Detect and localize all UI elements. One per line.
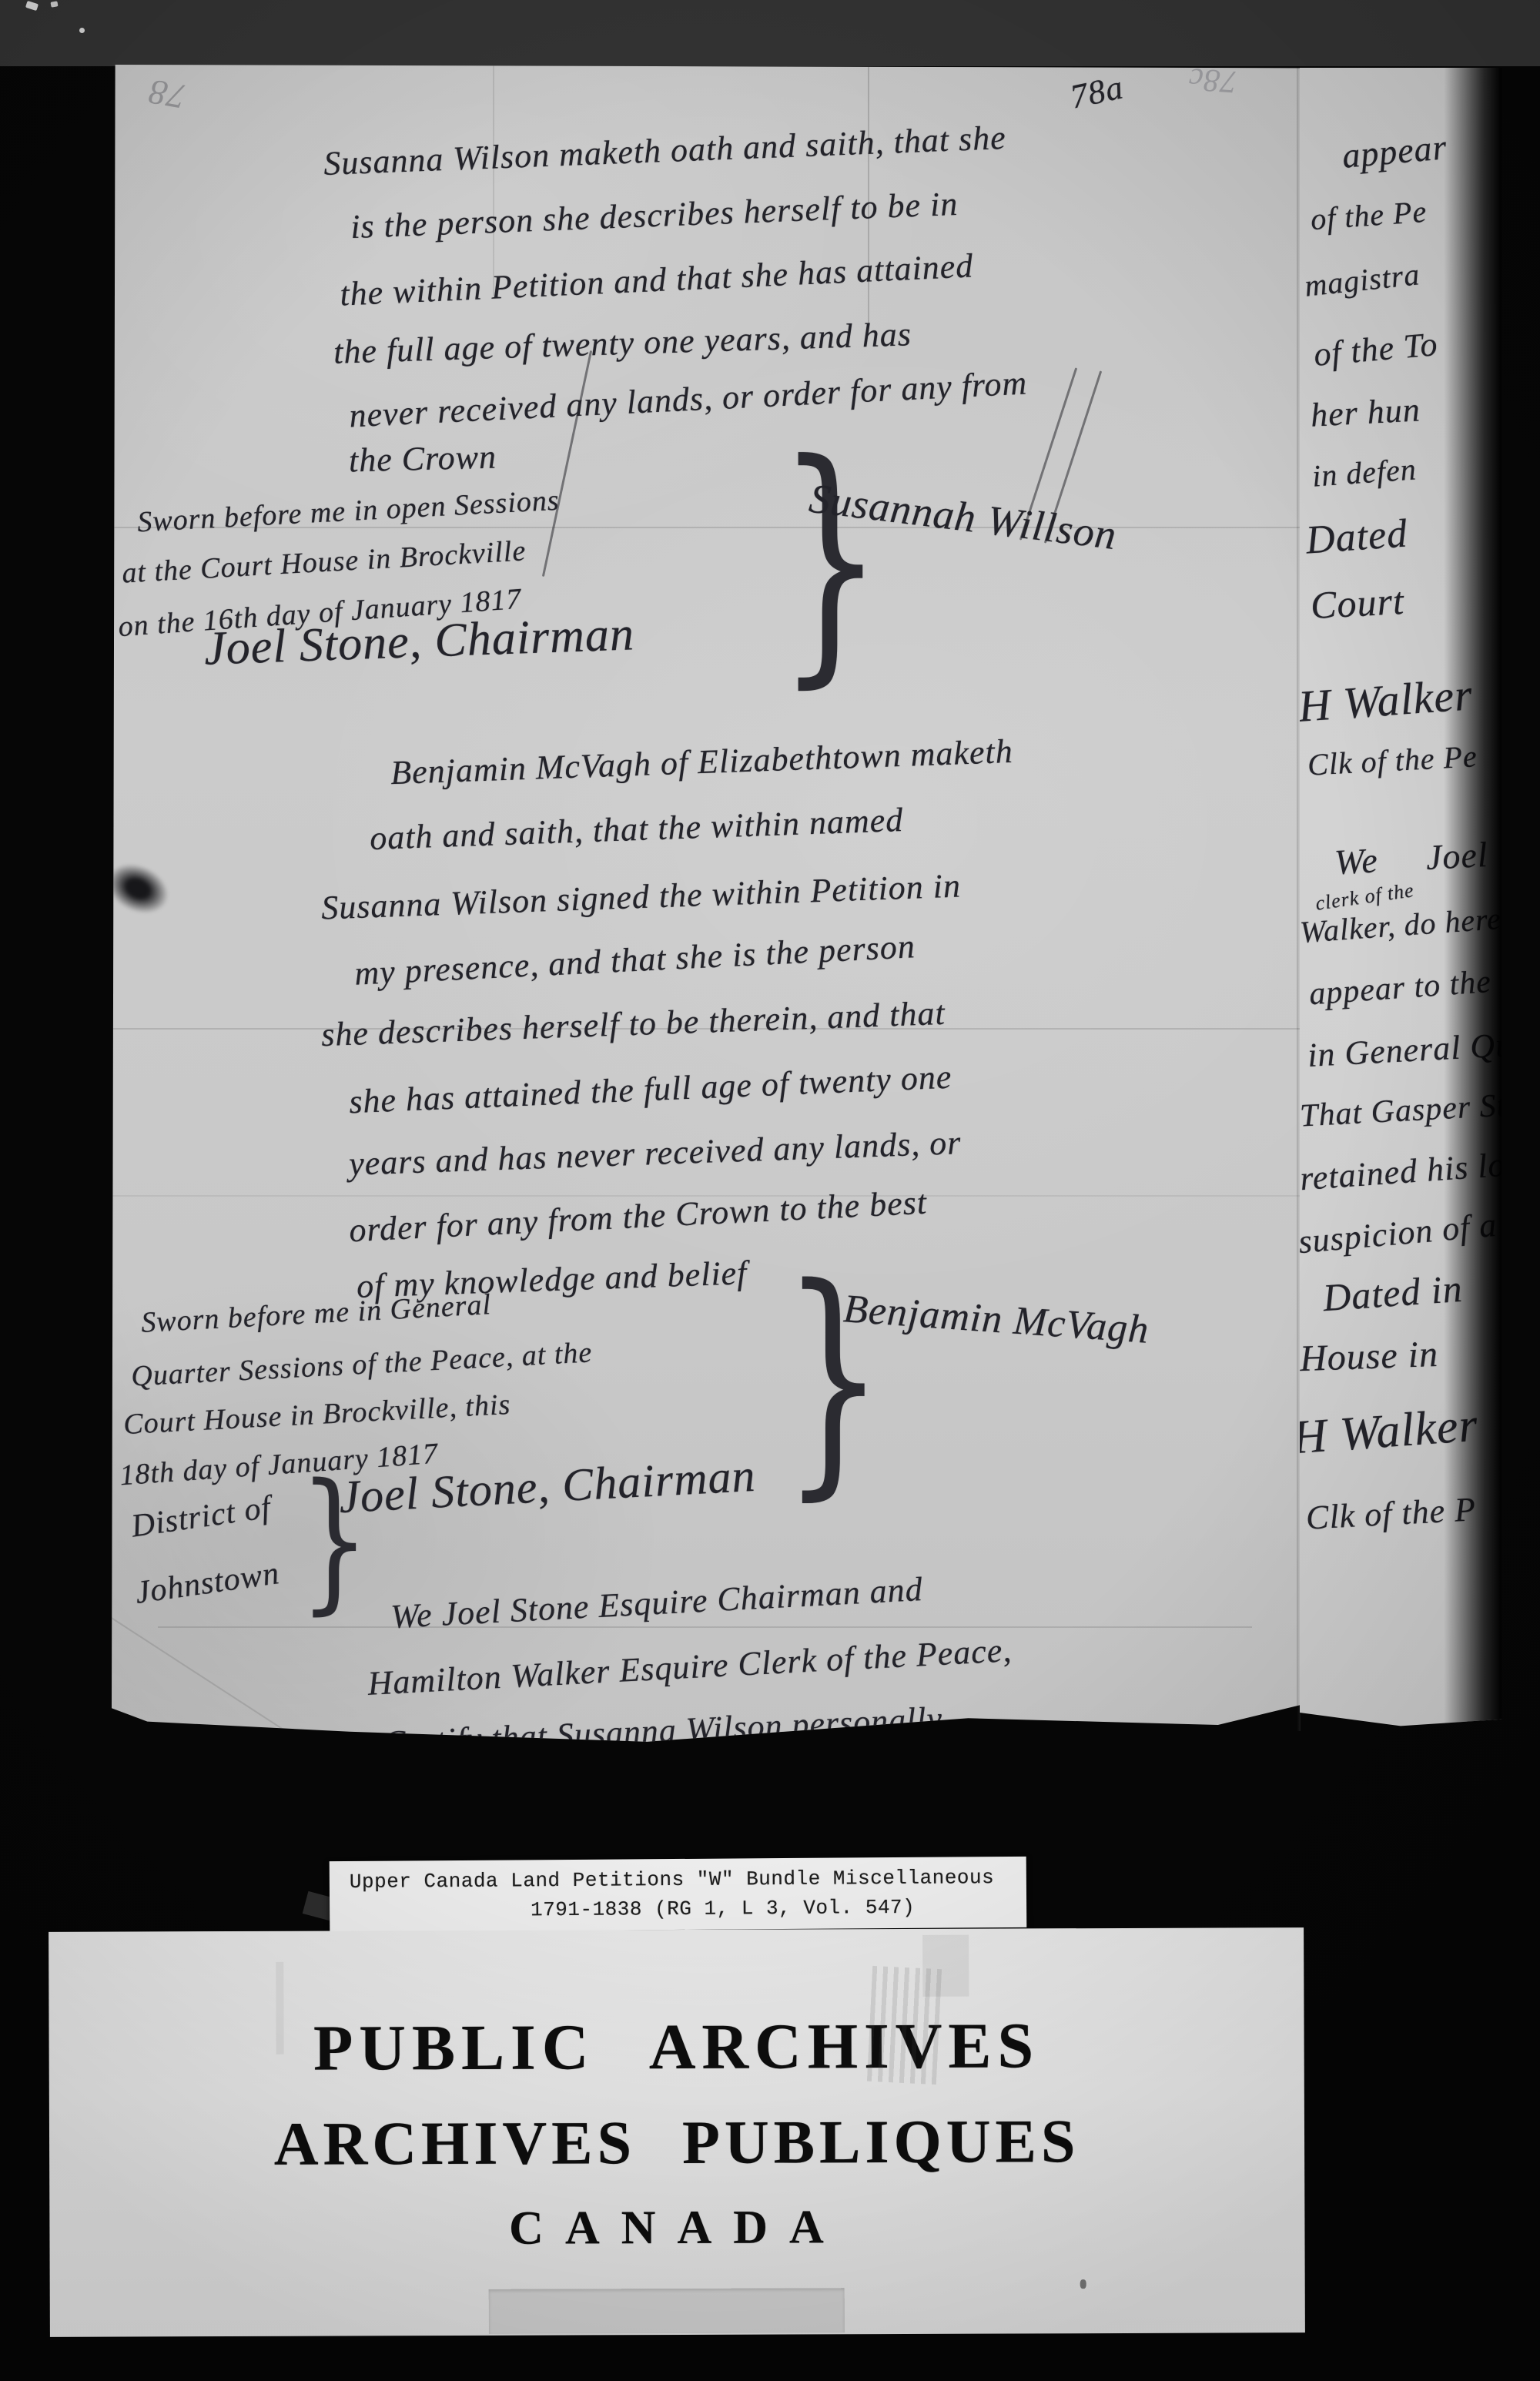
card-tab — [489, 2288, 845, 2334]
handwritten-line: she describes herself to be therein, and… — [320, 993, 946, 1054]
jurat-line: Sworn before me in open Sessions — [136, 484, 560, 540]
handwritten-line: the full age of twenty one years, and ha… — [333, 314, 912, 372]
handwritten-line: of the Pe — [1310, 193, 1428, 237]
district-line: District of — [129, 1489, 273, 1545]
handwritten-line: the Crown — [348, 437, 497, 480]
page-number-pencil: 78 — [146, 71, 189, 118]
handwritten-line: magistra — [1303, 256, 1421, 303]
handwritten-line: oath and saith, that the within named — [369, 800, 904, 858]
deponent-signature: Benjamin McVagh — [842, 1286, 1150, 1353]
handwritten-line: Dated in — [1321, 1266, 1464, 1321]
certification-line: Certify that Susanna Wilson personally — [382, 1699, 943, 1743]
label-line: Upper Canada Land Petitions "W" Bundle M… — [350, 1866, 995, 1894]
handwritten-line: Benjamin McVagh of Elizabethtown maketh — [390, 732, 1013, 792]
handwritten-line: House in — [1300, 1333, 1439, 1380]
jurat-line: Court House in Brockville, this — [122, 1388, 511, 1442]
jurat-line: Quarter Sessions of the Peace, at the — [130, 1335, 593, 1393]
handwritten-line: Court — [1310, 578, 1406, 628]
page-number-faint: 78c — [1187, 65, 1238, 100]
handwritten-line: Dated — [1304, 511, 1409, 563]
paper-crease — [493, 65, 494, 296]
microfilm-top-band — [0, 0, 1540, 66]
district-line: Johnstown — [133, 1555, 283, 1612]
card-smudge — [922, 1935, 969, 1997]
handwritten-line: appear — [1341, 126, 1448, 176]
handwritten-line: my presence, and that she is the person — [353, 926, 916, 993]
handwritten-line: Susanna Wilson maketh oath and saith, th… — [323, 118, 1006, 183]
paper-crease — [112, 1617, 306, 1743]
jurat-line: Sworn before me in General — [140, 1288, 492, 1340]
film-speck — [79, 28, 85, 33]
handwritten-line: never received any lands, or order for a… — [348, 363, 1028, 435]
handwritten-line: Susanna Wilson signed the within Petitio… — [320, 866, 961, 928]
label-line: 1791-1838 (RG 1, L 3, Vol. 547) — [374, 1894, 1071, 1922]
microfilm-scan: 78 78a 78c Susanna Wilson maketh oath an… — [0, 0, 1540, 2381]
public-archives-card: PUBLIC ARCHIVES ARCHIVES PUBLIQUES CANAD… — [49, 1927, 1305, 2337]
pen-flourish — [542, 350, 592, 577]
card-title-french: ARCHIVES PUBLIQUES — [49, 2106, 1304, 2181]
handwritten-line: years and has never received any lands, … — [348, 1123, 962, 1184]
frame-edge-shadow — [1444, 68, 1501, 1733]
certification-line: Hamilton Walker Esquire Clerk of the Pea… — [367, 1630, 1013, 1703]
ink-smudge — [112, 854, 177, 923]
card-title-canada: CANADA — [49, 2198, 1304, 2258]
handwritten-line: the within Petition and that she has att… — [339, 246, 974, 313]
card-title-english: PUBLIC ARCHIVES — [49, 2008, 1304, 2087]
handwritten-line: her hun — [1310, 390, 1421, 434]
adjacent-page-fragment: appear of the Pe magistra of the To her … — [1300, 68, 1501, 1733]
handwritten-line: in defen — [1311, 450, 1418, 494]
petition-affidavit-page: 78 78a 78c Susanna Wilson maketh oath an… — [112, 65, 1301, 1743]
jurat-line: at the Court House in Brockville — [121, 534, 527, 590]
page-number-ink: 78a — [1066, 67, 1127, 116]
handwritten-line: she has attained the full age of twenty … — [348, 1057, 952, 1122]
archive-reference-label: Upper Canada Land Petitions "W" Bundle M… — [330, 1857, 1027, 1932]
handwritten-line: of the To — [1312, 324, 1439, 374]
card-speck — [1080, 2279, 1086, 2289]
